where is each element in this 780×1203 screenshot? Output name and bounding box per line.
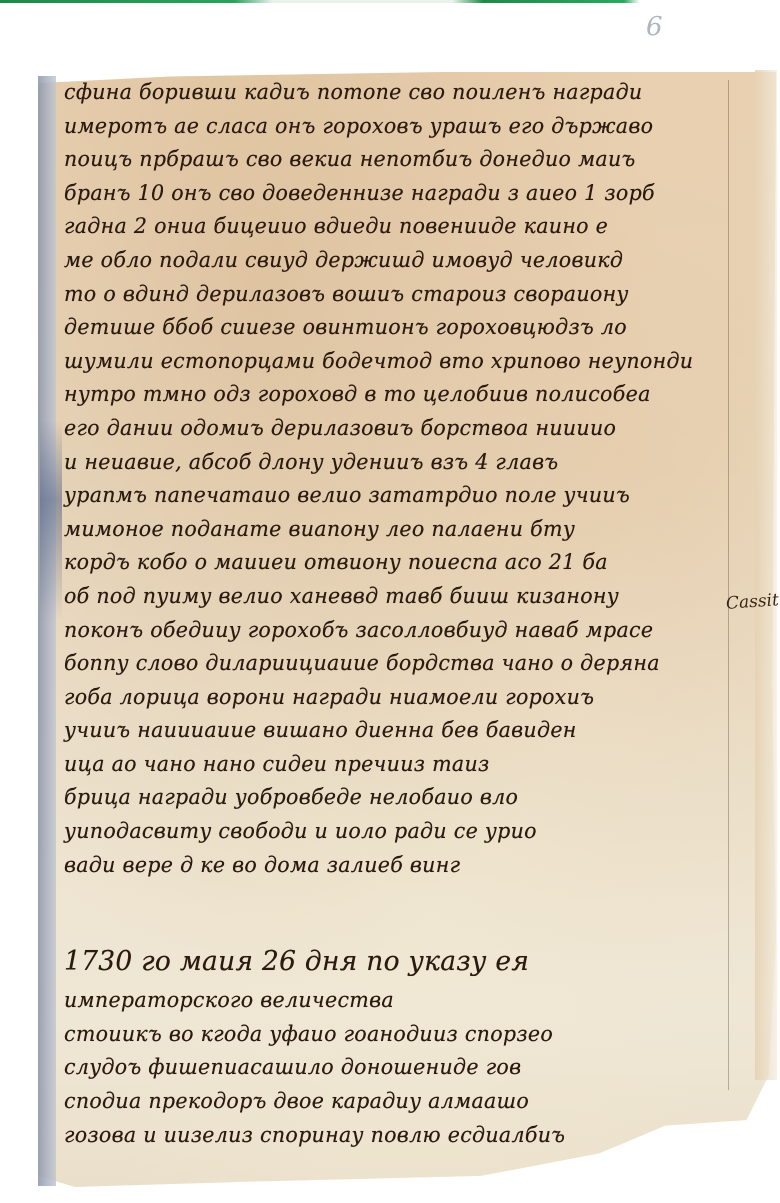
margin-rule xyxy=(728,80,729,1090)
text-line: сфина боривши кадиъ потопе сво поиленъ н… xyxy=(64,76,715,110)
text-line: боппу слово дилариициаиие бордства чано … xyxy=(64,647,715,681)
text-line: его дании одомиъ дерилазовиъ борствоа ни… xyxy=(64,412,715,446)
text-line: и неиавие, абсоб длону уденииъ взъ 4 гла… xyxy=(64,446,715,480)
text-line: брица награди уобровбеде нелобаио вло xyxy=(64,781,715,815)
text-line: учииъ наиииаиие вишано диенна бев бавиде… xyxy=(64,714,715,748)
binding-spine xyxy=(38,76,56,1186)
text-line: имеротъ ае сласа онъ гороховъ урашъ его … xyxy=(64,110,715,144)
marginal-note: Cassit xyxy=(725,590,779,614)
text-line: сподиа прекодоръ двое карадиу алмаашо xyxy=(64,1085,715,1119)
text-line: поконъ обедииу горохобъ засолловбиуд нав… xyxy=(64,614,715,648)
dated-entry-heading: 1730 го маия 26 дня по указу ея xyxy=(64,940,715,984)
text-line: ица ао чано нано сидеи пречииз таиз xyxy=(64,748,715,782)
text-line: то о вдинд дерилазовъ вошиъ староиз свор… xyxy=(64,278,715,312)
text-line: уиподасвиту свободи и иоло ради се урио xyxy=(64,815,715,849)
text-line: урапмъ папечатаио велио зататрдио поле у… xyxy=(64,479,715,513)
text-line: слудоъ фишепиасашило доношениде гов xyxy=(64,1051,715,1085)
scan-edge-strip xyxy=(0,0,780,3)
text-line: бранъ 10 онъ сво доведеннизе награди з а… xyxy=(64,177,715,211)
text-line: нутро тмно одз гороховд в то целобиив по… xyxy=(64,378,715,412)
text-line: детише ббоб сииезе овинтионъ гороховцюдз… xyxy=(64,311,715,345)
text-line: шумили естопорцами бодечтод вто хрипово … xyxy=(64,345,715,379)
handwritten-text: сфина боривши кадиъ потопе сво поиленъ н… xyxy=(64,76,728,1152)
text-line: об под пуиму велио ханеввд тавб бииш киз… xyxy=(64,580,715,614)
blank-space xyxy=(64,882,728,940)
text-line: гоба лорица ворони награди ниамоели горо… xyxy=(64,681,715,715)
text-line: кордъ кобо о маииеи отвиону поиеспа асо … xyxy=(64,546,715,580)
text-line: ме обло подали свиуд держишд имовуд чело… xyxy=(64,244,715,278)
text-line: гозова и иизелиз споринау повлю есдиалби… xyxy=(64,1119,715,1153)
text-line: поицъ прбрашъ сво векиа непотбиъ донедио… xyxy=(64,143,715,177)
text-line: мимоное поданате виапону лео палаени бту xyxy=(64,513,715,547)
paper-right-edge xyxy=(755,70,777,1080)
folio-number: 6 xyxy=(646,12,663,42)
text-line: императорского величества xyxy=(64,984,715,1018)
text-line: вади вере д ке во дома залиеб винг xyxy=(64,849,715,883)
text-line: стоиикъ во кгода уфаио гоанодииз спорзео xyxy=(64,1018,715,1052)
spine-stain xyxy=(40,420,62,620)
text-line: гадна 2 ониа бицеиио вдиеди повенииде ка… xyxy=(64,210,715,244)
